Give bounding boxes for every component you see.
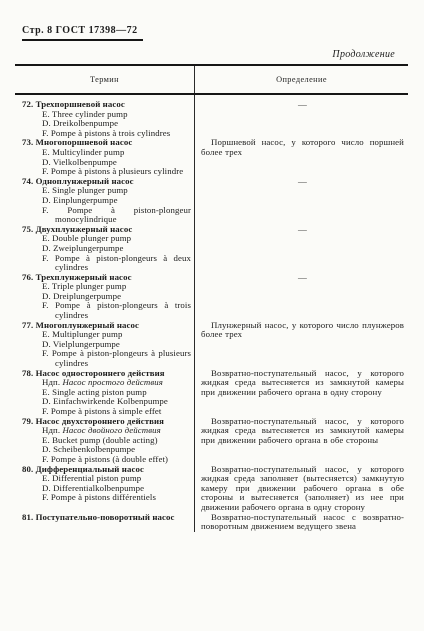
definition-text: — — [201, 100, 404, 110]
term-number: 76. — [22, 272, 33, 282]
language-label: E. — [42, 147, 52, 157]
translation-text: Multiplunger pump — [52, 329, 122, 339]
language-label: D. — [42, 444, 53, 454]
language-label: D. — [42, 396, 53, 406]
page-title: Стр. 8 ГОСТ 17398—72 — [22, 25, 143, 41]
term-number: 74. — [22, 176, 33, 186]
definition-cell: — — [195, 273, 408, 321]
definition-cell: — — [195, 177, 408, 225]
definition-text: — — [201, 225, 404, 235]
term-cell: 80. Дифференциальный насос E. Differenti… — [15, 465, 195, 513]
term-title: Трехпоршневой насос — [36, 99, 125, 109]
term-number: 73. — [22, 137, 33, 147]
definition-cell: — — [195, 95, 408, 138]
translation-text: Scheibenkolbenpumpe — [53, 444, 135, 454]
table-row: 75. Двухплунжерный насос E. Double plung… — [15, 225, 408, 273]
definition-text: Возвратно-поступательный насос, у которо… — [201, 465, 404, 513]
table-row: 80. Дифференциальный насос E. Differenti… — [15, 465, 408, 513]
term-cell: 76. Трехплунжерный насос E. Triple plung… — [15, 273, 195, 321]
translation-text: Насос простого действия — [62, 377, 163, 387]
translation-text: Zweiplungerpumpe — [53, 243, 124, 253]
term-title: Дифференциальный насос — [36, 464, 144, 474]
language-label: E. — [42, 109, 52, 119]
term-cell: 73. Многопоршневой насос E. Multicylinde… — [15, 138, 195, 176]
terminology-table: Термин Определение 72. Трехпоршневой нас… — [15, 64, 408, 532]
table-header-row: Термин Определение — [15, 64, 408, 95]
term-cell: 77. Многоплунжерный насос E. Multiplunge… — [15, 321, 195, 369]
translation-text: Double plunger pump — [52, 233, 131, 243]
table-row: 78. Насос одностороннего действия Ндп. Н… — [15, 369, 408, 417]
language-label: F. — [42, 253, 55, 263]
language-label: E. — [42, 387, 52, 397]
definition-cell: Возвратно-поступательный насос, у которо… — [195, 465, 408, 513]
language-label: D. — [42, 157, 53, 167]
language-label: E. — [42, 233, 52, 243]
translation-text: Three cylinder pump — [52, 109, 128, 119]
term-title: Насос двухстороннего действия — [36, 416, 164, 426]
table-row: 76. Трехплунжерный насос E. Triple plung… — [15, 273, 408, 321]
definition-text: — — [201, 177, 404, 187]
definition-text: Возвратно-поступательный насос с возврат… — [201, 513, 404, 532]
definition-text: Поршневой насос, у которого число поршне… — [201, 138, 404, 157]
translation-text: Dreiplungerpumpe — [53, 291, 121, 301]
definition-text: Возвратно-поступательный насос, у которо… — [201, 417, 404, 446]
term-title: Трехплунжерный насос — [36, 272, 132, 282]
definition-cell: Плунжерный насос, у которого число плунж… — [195, 321, 408, 369]
translation-text: Einfachwirkende Kolbenpumpe — [53, 396, 168, 406]
translation-text: Pompe à piston-plongeurs à trois cylindr… — [55, 300, 191, 320]
term-number: 80. — [22, 464, 33, 474]
language-label: E. — [42, 473, 52, 483]
language-label: D. — [42, 483, 53, 493]
table-row: 79. Насос двухстороннего действия Ндп. Н… — [15, 417, 408, 465]
column-header-term: Термин — [15, 66, 195, 93]
term-translation: F. Pompe à pistons différentiels — [42, 493, 191, 503]
translation-text: Pompe à piston-plongeurs à deux cylindre… — [55, 253, 191, 273]
term-translation: F. Pompe à piston-plongeurs à plusieurs … — [42, 349, 191, 368]
term-title: Двухплунжерный насос — [36, 224, 133, 234]
translation-text: Multicylinder pump — [52, 147, 124, 157]
translation-text: Differential piston pump — [52, 473, 141, 483]
language-label: E. — [42, 329, 52, 339]
translation-text: Pompe à pistons à trois cylindres — [51, 128, 170, 138]
language-label: F. — [42, 166, 51, 176]
language-label: D. — [42, 291, 53, 301]
translation-text: Single plunger pump — [52, 185, 128, 195]
definition-cell: — — [195, 225, 408, 273]
translation-text: Pompe à piston-plongeur monocylindrique — [55, 205, 191, 225]
language-label: F. — [42, 205, 67, 215]
translation-text: Насос двойного действия — [62, 425, 160, 435]
table-row: 74. Одноплунжерный насос E. Single plung… — [15, 177, 408, 225]
language-label: Ндп. — [42, 377, 62, 387]
language-label: E. — [42, 185, 52, 195]
definition-cell: Возвратно-поступательный насос, у которо… — [195, 417, 408, 465]
language-label: F. — [42, 406, 51, 416]
term-translation: F. Pompe à piston-plongeur monocylindriq… — [42, 206, 191, 225]
definition-cell: Возвратно-поступательный насос, у которо… — [195, 369, 408, 417]
language-label: E. — [42, 281, 52, 291]
language-label: Ндп. — [42, 425, 62, 435]
term-number: 78. — [22, 368, 33, 378]
term-title: Многопоршневой насос — [36, 137, 133, 147]
table-row: 73. Многопоршневой насос E. Multicylinde… — [15, 138, 408, 176]
language-label: F. — [42, 348, 52, 358]
term-title: Одноплунжерный насос — [36, 176, 134, 186]
definition-cell: Поршневой насос, у которого число поршне… — [195, 138, 408, 176]
language-label: F. — [42, 128, 51, 138]
language-label: E. — [42, 435, 52, 445]
definition-text: Возвратно-поступательный насос, у которо… — [201, 369, 404, 398]
term-translation: F. Pompe à piston-plongeurs à trois cyli… — [42, 301, 191, 320]
translation-text: Dreikolbenpumpe — [53, 118, 118, 128]
term-number: 75. — [22, 224, 33, 234]
term-title: Насос одностороннего действия — [36, 368, 165, 378]
translation-text: Pompe à pistons à plusieurs cylindre — [51, 166, 183, 176]
language-label: F. — [42, 492, 51, 502]
translation-text: Pompe à pistons différentiels — [51, 492, 156, 502]
definition-text: Плунжерный насос, у которого число плунж… — [201, 321, 404, 340]
continuation-label: Продолжение — [332, 49, 395, 60]
term-cell: 81. Поступательно-поворотный насос — [15, 513, 195, 532]
table-row: 81. Поступательно-поворотный насос Возвр… — [15, 513, 408, 532]
term-number: 72. — [22, 99, 33, 109]
language-label: F. — [42, 454, 51, 464]
definition-cell: Возвратно-поступательный насос с возврат… — [195, 513, 408, 532]
translation-text: Pompe à pistons à simple effet — [51, 406, 162, 416]
language-label: F. — [42, 300, 55, 310]
definition-text: — — [201, 273, 404, 283]
translation-text: Einplungerpumpe — [53, 195, 118, 205]
language-label: D. — [42, 243, 53, 253]
translation-text: Vielplungerpumpe — [53, 339, 120, 349]
term-cell: 79. Насос двухстороннего действия Ндп. Н… — [15, 417, 195, 465]
translation-text: Vielkolbenpumpe — [53, 157, 117, 167]
table-body: 72. Трехпоршневой насос E. Three cylinde… — [15, 95, 408, 532]
table-row: 72. Трехпоршневой насос E. Three cylinde… — [15, 95, 408, 138]
translation-text: Single acting piston pump — [52, 387, 147, 397]
term-cell: 75. Двухплунжерный насос E. Double plung… — [15, 225, 195, 273]
term-translation: F. Pompe à piston-plongeurs à deux cylin… — [42, 254, 191, 273]
term-cell: 72. Трехпоршневой насос E. Three cylinde… — [15, 95, 195, 138]
table-row: 77. Многоплунжерный насос E. Multiplunge… — [15, 321, 408, 369]
term-cell: 74. Одноплунжерный насос E. Single plung… — [15, 177, 195, 225]
translation-text: Pompe à piston-plongeurs à plusieurs cyl… — [52, 348, 191, 368]
translation-text: Pompe à pistons (à double effet) — [51, 454, 168, 464]
translation-text: Triple plunger pump — [52, 281, 126, 291]
column-header-definition: Определение — [195, 66, 408, 93]
term-heading: 81. Поступательно-поворотный насос — [15, 513, 191, 523]
language-label: D. — [42, 339, 53, 349]
translation-text: Differentialkolbenpumpe — [53, 483, 144, 493]
term-number: 81. — [22, 512, 33, 522]
term-title: Многоплунжерный насос — [36, 320, 139, 330]
language-label: D. — [42, 195, 53, 205]
term-cell: 78. Насос одностороннего действия Ндп. Н… — [15, 369, 195, 417]
term-number: 77. — [22, 320, 33, 330]
term-number: 79. — [22, 416, 33, 426]
term-title: Поступательно-поворотный насос — [36, 512, 175, 522]
language-label: D. — [42, 118, 53, 128]
translation-text: Bucket pump (double acting) — [52, 435, 158, 445]
